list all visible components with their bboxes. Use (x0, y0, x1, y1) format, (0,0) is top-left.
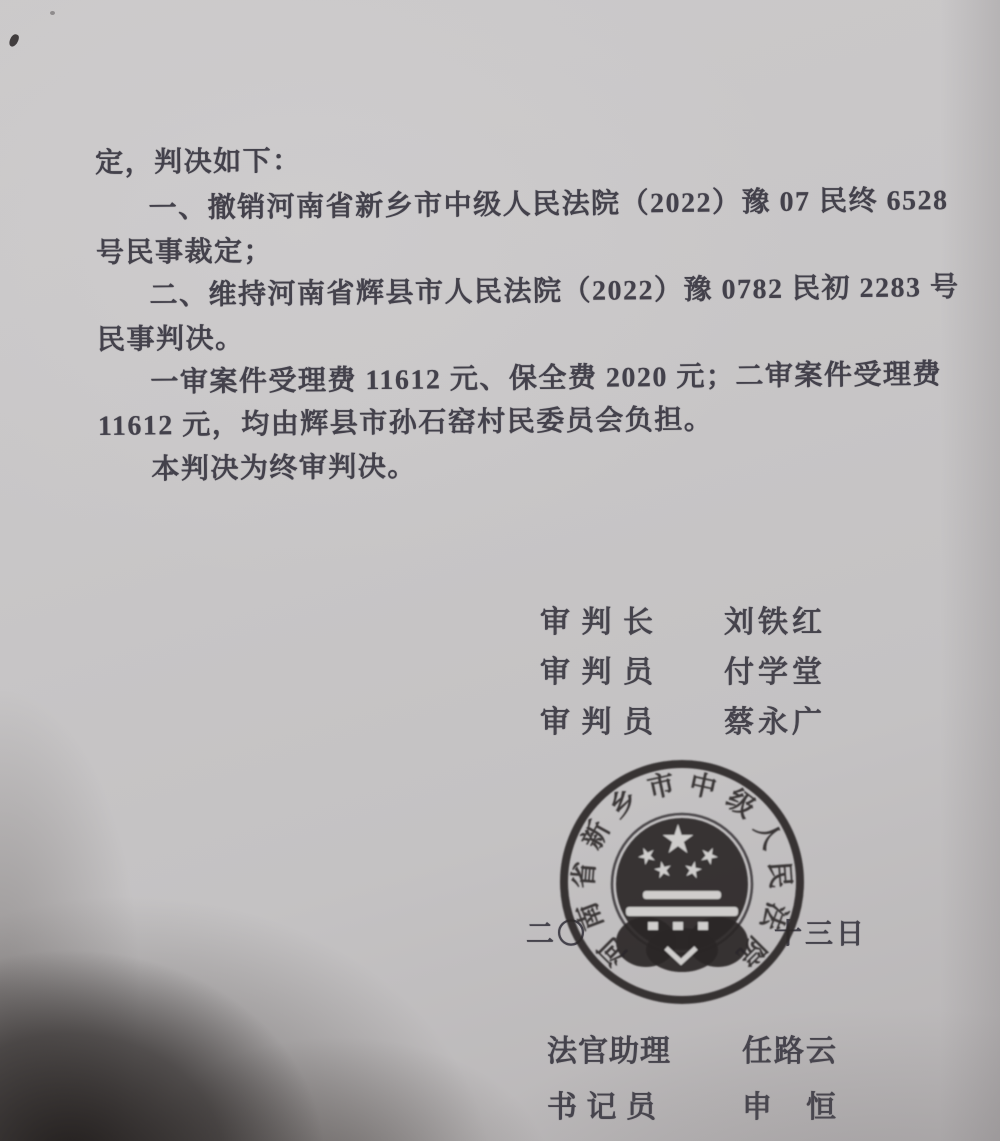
body-line: 定，判决如下： (95, 139, 302, 181)
china-national-emblem-icon (612, 814, 752, 972)
body-line: 本判决为终审判决。 (151, 445, 417, 488)
seal-char: 市 (645, 769, 678, 804)
court-seal-stamp: 河 南 省 新 乡 市 中 级 人 民 法 院 (550, 750, 814, 1014)
judge-role: 审 判 员 (540, 647, 655, 691)
seal-char: 中 (686, 769, 719, 804)
seal-char: 民 (764, 860, 796, 889)
body-line: 二、维持河南省辉县市人民法院（2022）豫 0782 民初 2283 号 (149, 265, 959, 313)
judgment-body: 定，判决如下： 一、撤销河南省新乡市中级人民法院（2022）豫 07 民终 65… (0, 0, 1000, 521)
body-line: 11612 元，均由辉县市孙石窑村民委员会负担。 (98, 398, 714, 444)
staff-role: 书 记 员 (547, 1082, 657, 1126)
staff-role: 法官助理 (547, 1026, 671, 1070)
body-line: 一、撤销河南省新乡市中级人民法院（2022）豫 07 民终 6528 (148, 178, 948, 226)
document-photo: 定，判决如下： 一、撤销河南省新乡市中级人民法院（2022）豫 07 民终 65… (0, 0, 1000, 1141)
ink-speck (50, 11, 55, 15)
judge-name: 蔡永广 (724, 697, 826, 741)
judge-name: 刘铁红 (724, 597, 826, 641)
judge-name: 付学堂 (724, 647, 826, 691)
seal-char: 省 (568, 860, 600, 889)
judge-role: 审 判 长 (540, 597, 655, 641)
judge-role: 审 判 员 (540, 697, 655, 741)
body-line: 号民事裁定； (96, 229, 273, 271)
staff-name: 任路云 (742, 1026, 838, 1070)
body-line: 民事判决。 (97, 316, 245, 358)
staff-name: 申 恒 (742, 1082, 838, 1126)
body-line: 一审案件受理费 11612 元、保全费 2020 元；二审案件受理费 (150, 352, 942, 400)
